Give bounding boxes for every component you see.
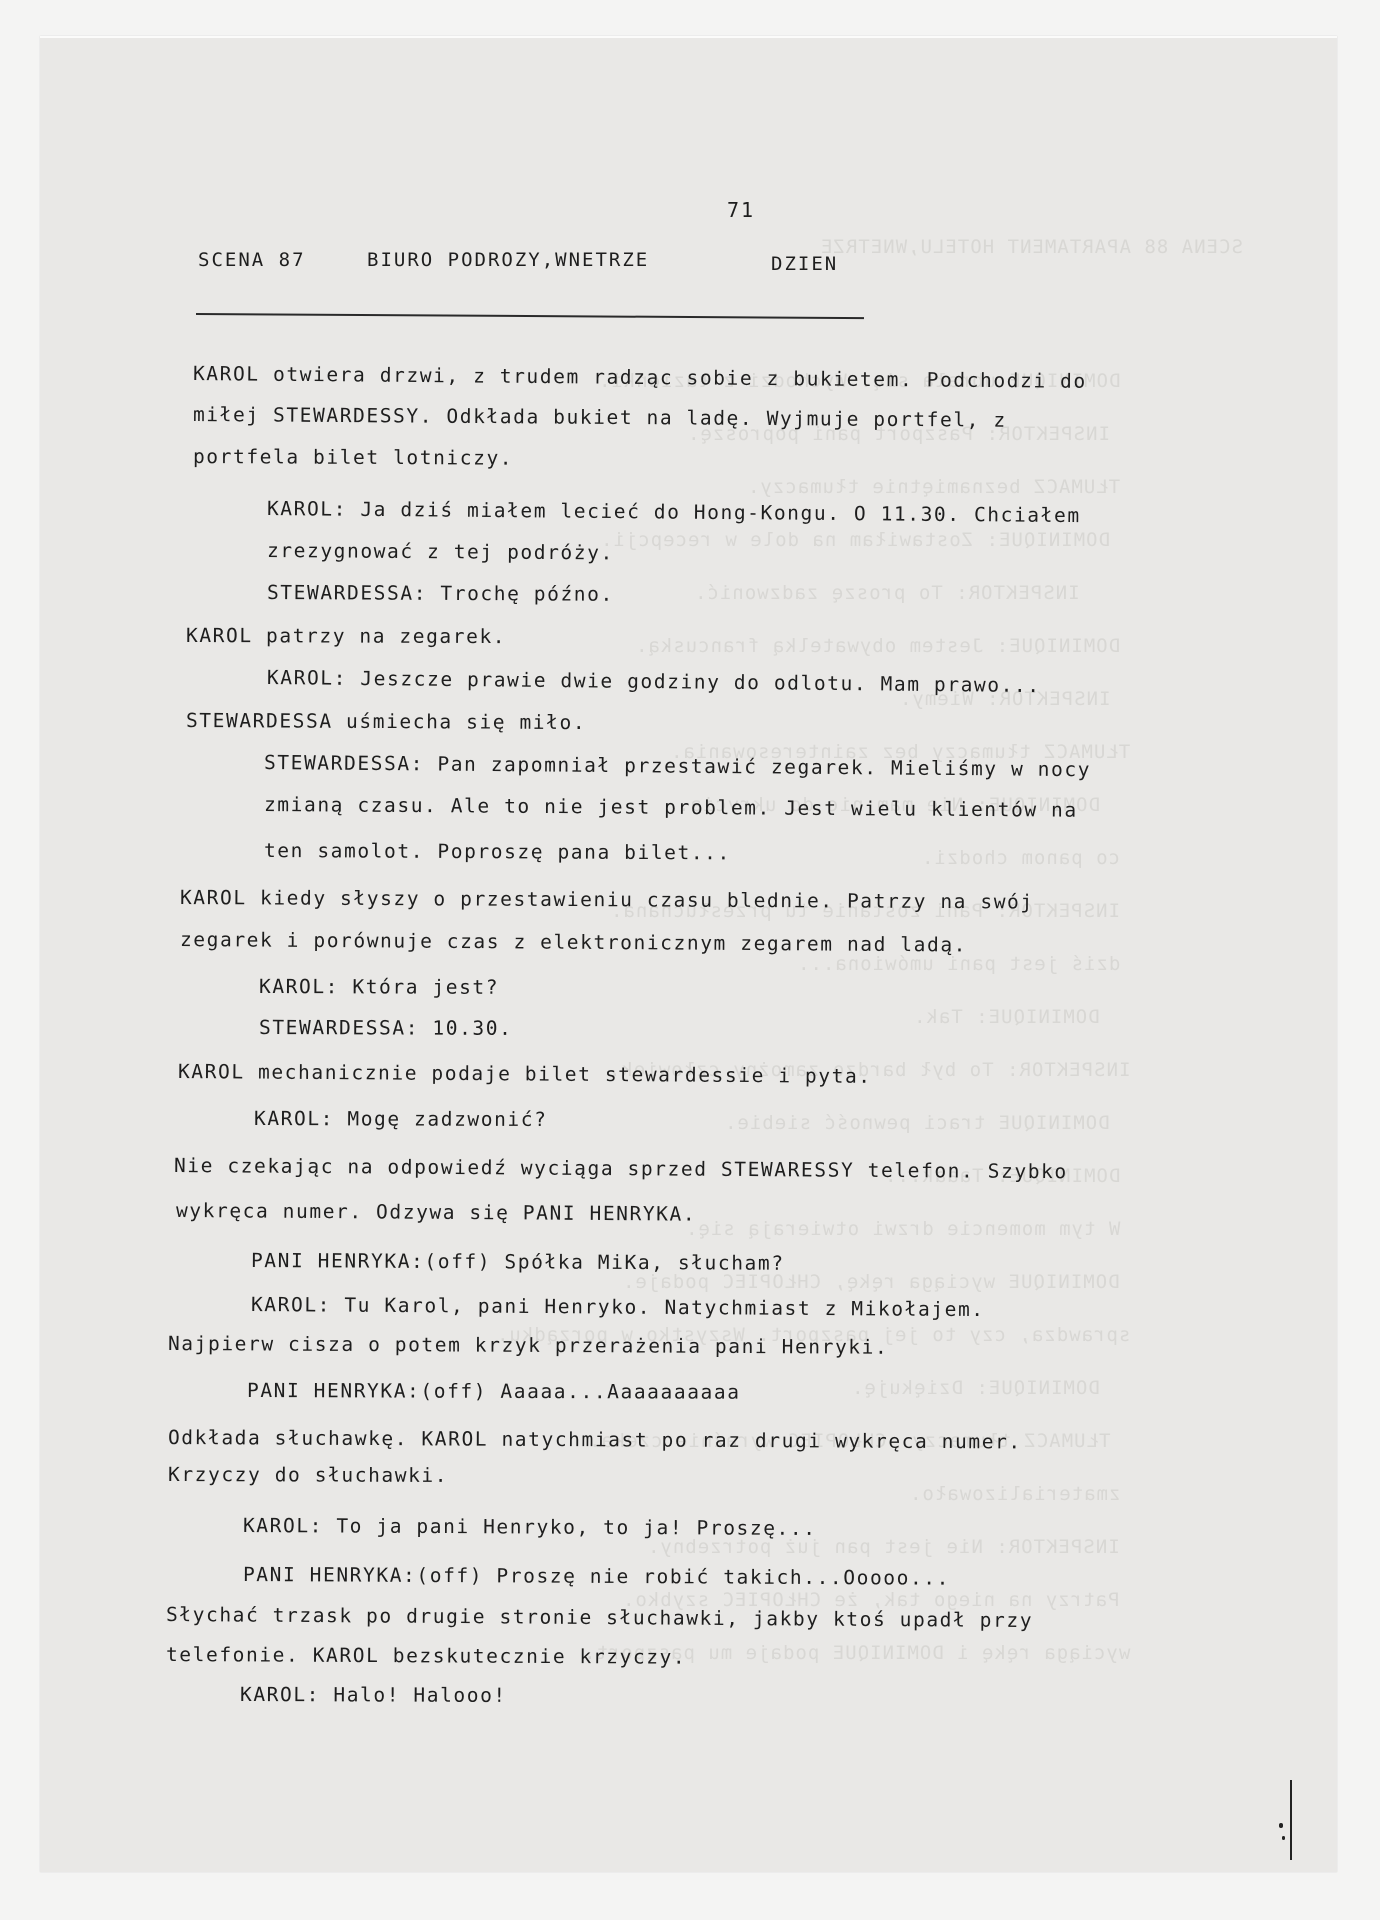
- dialogue-line: STEWARDESSA: 10.30.: [259, 1017, 513, 1040]
- bleed-through-line: DOMINIQUE: Dziękuję.: [851, 1377, 1100, 1399]
- dialogue-line: PANI HENRYKA:(off) Aaaaa...Aaaaaaaaaa: [247, 1380, 741, 1404]
- bleed-through-line: W tym momencie drzwi otwierają się.: [685, 1218, 1120, 1240]
- bleed-through-line: DOMINIQUE: Jestem obywatelką francuską.: [635, 635, 1120, 657]
- dialogue-line: KAROL: To ja pani Henryko, to ja! Proszę…: [243, 1515, 817, 1540]
- margin-mark: [1290, 1780, 1292, 1860]
- scene-location: BIURO PODROZY,WNETRZE: [367, 249, 649, 271]
- scene-time: DZIEN: [771, 253, 838, 275]
- bleed-through-line: DOMINIQUE: Tak.: [913, 1006, 1100, 1028]
- dialogue-line: PANI HENRYKA:(off) Spółka MiKa, słucham?: [251, 1250, 785, 1275]
- bleed-through-heading: SCENA 88 APARTAMENT HOTELU,WNETRZE: [820, 236, 1243, 258]
- action-line: wykręca numer. Odzywa się PANI HENRYKA.: [176, 1200, 696, 1226]
- dialogue-line: KAROL: Mogę zadzwonić?: [254, 1108, 548, 1131]
- action-line: Najpierw cisza o potem krzyk przerażenia…: [168, 1333, 888, 1359]
- page-number: 71: [727, 198, 755, 222]
- margin-mark-dot: [1282, 1836, 1285, 1840]
- dialogue-line: KAROL: Halo! Halooo!: [240, 1684, 507, 1707]
- action-line: STEWARDESSA uśmiecha się miło.: [186, 710, 586, 734]
- bleed-through-line: co panom chodzi.: [921, 847, 1120, 869]
- dialogue-line: ten samolot. Poproszę pana bilet...: [264, 840, 731, 864]
- dialogue-line: KAROL: Która jest?: [259, 976, 499, 999]
- margin-mark-dot: [1279, 1823, 1283, 1828]
- dialogue-line: zrezygnować z tej podróży.: [267, 540, 614, 564]
- bleed-through-line: TŁUMACZ beznamiętnie tłumaczy.: [747, 476, 1120, 498]
- action-line: Krzyczy do słuchawki.: [168, 1464, 448, 1487]
- dialogue-line: PANI HENRYKA:(off) Proszę nie robić taki…: [243, 1564, 950, 1590]
- bleed-through-line: INSPEKTOR: To proszę zadzwonić.: [694, 582, 1080, 604]
- bleed-through-line: DOMINIQUE: Zostawiłam na dole w recepcji…: [600, 529, 1110, 551]
- action-line: telefonie. KAROL bezskutecznie krzyczy.: [166, 1644, 686, 1669]
- dialogue-line: STEWARDESSA: Trochę późno.: [267, 582, 614, 606]
- action-line: portfela bilet lotniczy.: [193, 446, 513, 470]
- bleed-through-line: zmaterializowało.: [909, 1483, 1120, 1505]
- action-line: KAROL kiedy słyszy o przestawieniu czasu…: [180, 887, 1034, 913]
- scene-number: SCENA 87: [198, 249, 306, 271]
- action-line: Odkłada słuchawkę. KAROL natychmiast po …: [168, 1427, 1022, 1453]
- bleed-through-line: DOMINIQUE traci pewność siebie.: [724, 1112, 1110, 1134]
- action-line: KAROL patrzy na zegarek.: [186, 625, 506, 648]
